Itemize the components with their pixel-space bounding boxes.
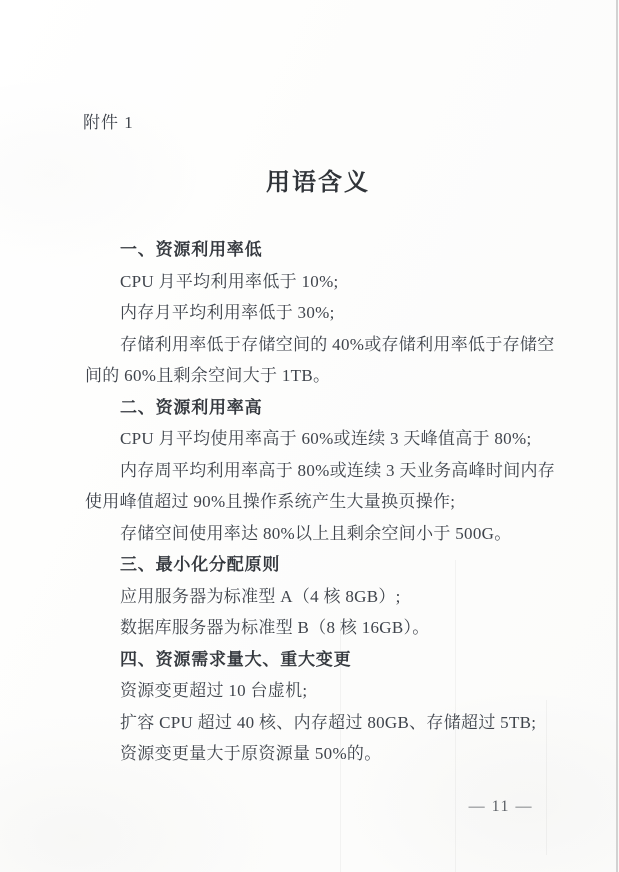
paragraph-line: CPU 月平均利用率低于 10%; — [85, 266, 555, 298]
paragraph-line: 使用峰值超过 90%且操作系统产生大量换页操作; — [85, 486, 555, 518]
scan-crease-line — [340, 620, 341, 872]
paragraph-line: 内存周平均利用率高于 80%或连续 3 天业务高峰时间内存 — [85, 455, 555, 487]
scan-crease-line — [546, 700, 547, 855]
paragraph-line: 资源变更量大于原资源量 50%的。 — [85, 738, 555, 770]
section-3-heading: 三、最小化分配原则 — [85, 549, 555, 581]
paragraph-line: 间的 60%且剩余空间大于 1TB。 — [85, 360, 555, 392]
paragraph-line: 扩容 CPU 超过 40 核、内存超过 80GB、存储超过 5TB; — [85, 707, 555, 739]
document-title: 用语含义 — [85, 166, 551, 200]
paragraph-line: 存储空间使用率达 80%以上且剩余空间小于 500G。 — [85, 518, 555, 550]
page-number: — 11 — — [469, 796, 533, 818]
paragraph-line: 存储利用率低于存储空间的 40%或存储利用率低于存储空 — [85, 329, 555, 361]
paragraph-line: CPU 月平均使用率高于 60%或连续 3 天峰值高于 80%; — [85, 423, 555, 455]
section-2-heading: 二、资源利用率高 — [85, 392, 555, 424]
section-4-heading: 四、资源需求量大、重大变更 — [85, 644, 555, 676]
paragraph-line: 应用服务器为标准型 A（4 核 8GB）; — [85, 581, 555, 613]
scan-crease-line — [455, 560, 456, 872]
paragraph-line: 内存月平均利用率低于 30%; — [85, 297, 555, 329]
paragraph-line: 资源变更超过 10 台虚机; — [85, 675, 555, 707]
section-1-heading: 一、资源利用率低 — [85, 234, 555, 266]
scanned-document-page: 附件 1 用语含义 一、资源利用率低 CPU 月平均利用率低于 10%; 内存月… — [0, 0, 619, 872]
paragraph-line: 数据库服务器为标准型 B（8 核 16GB）。 — [85, 612, 555, 644]
scan-edge-line — [616, 0, 618, 872]
document-body: 一、资源利用率低 CPU 月平均利用率低于 10%; 内存月平均利用率低于 30… — [85, 234, 555, 770]
attachment-label: 附件 1 — [83, 111, 134, 135]
